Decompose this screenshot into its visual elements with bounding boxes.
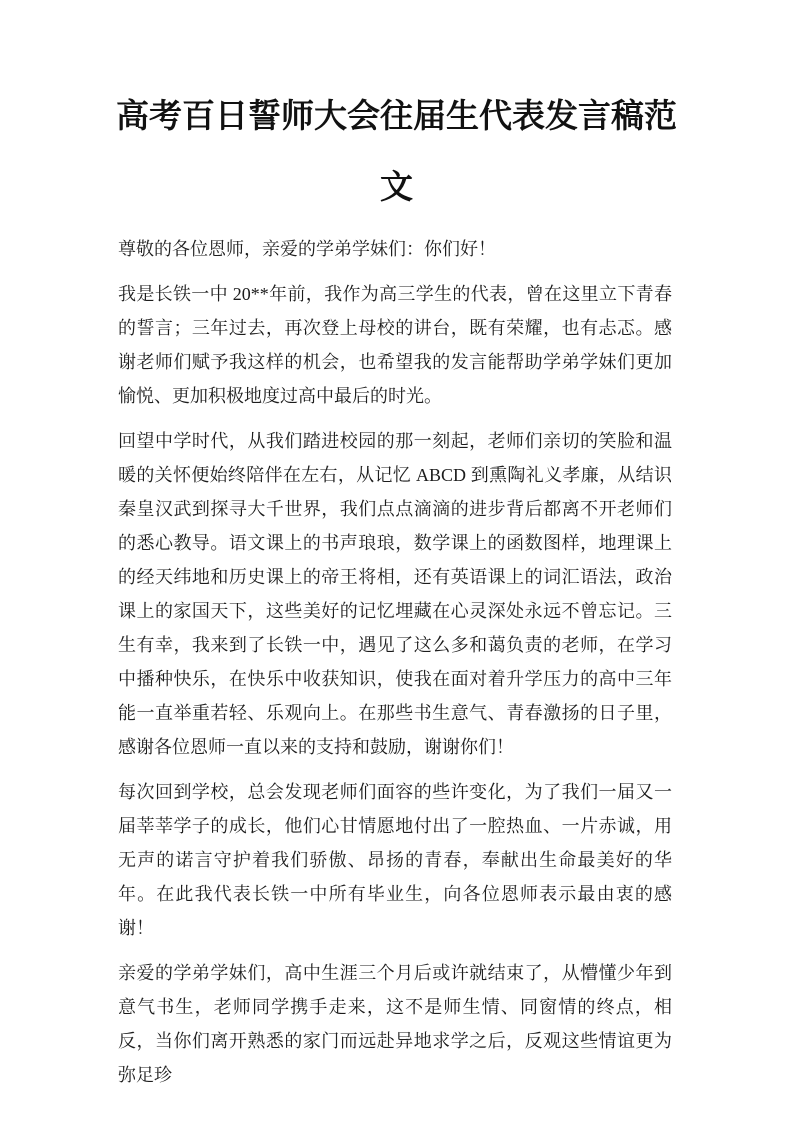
document-page: 高考百日誓师大会往届生代表发言稿范文 尊敬的各位恩师，亲爱的学弟学妹们：你们好！… [0, 0, 793, 1122]
paragraph-thanks-to-teachers: 每次回到学校，总会发现老师们面容的些许变化，为了我们一届又一届莘莘学子的成长，他… [118, 775, 672, 945]
paragraph-message-to-juniors: 亲爱的学弟学妹们，高中生涯三个月后或许就结束了，从懵懂少年到意气书生，老师同学携… [118, 956, 672, 1092]
paragraph-greeting: 尊敬的各位恩师，亲爱的学弟学妹们：你们好！ [118, 232, 672, 266]
paragraph-school-memories: 回望中学时代，从我们踏进校园的那一刻起，老师们亲切的笑脸和温暖的关怀便始终陪伴在… [118, 424, 672, 764]
document-body: 尊敬的各位恩师，亲爱的学弟学妹们：你们好！ 我是长铁一中 20**年前，我作为高… [118, 232, 672, 1092]
paragraph-self-introduction: 我是长铁一中 20**年前，我作为高三学生的代表，曾在这里立下青春的誓言；三年过… [118, 277, 672, 413]
document-title: 高考百日誓师大会往届生代表发言稿范文 [109, 82, 685, 224]
